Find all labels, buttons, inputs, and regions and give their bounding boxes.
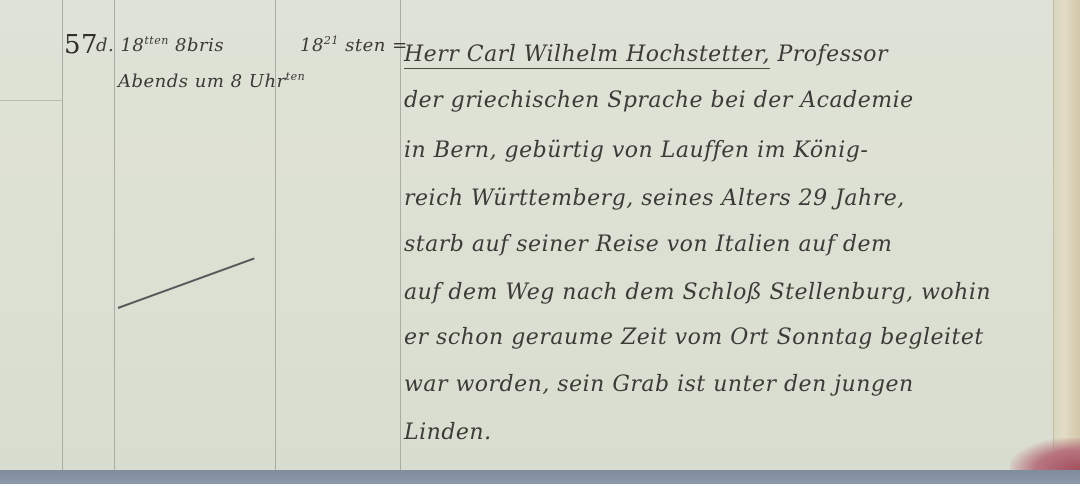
register-page: 57 d. 18tten 8bris 1821 sten = Abends um… xyxy=(0,0,1080,470)
page-binding-edge xyxy=(1053,0,1080,470)
year-prefix: 18 xyxy=(300,35,324,56)
date-day: d. 18 xyxy=(96,35,144,56)
text-line-2: der griechischen Sprache bei der Academi… xyxy=(404,88,914,113)
column-rule xyxy=(62,0,63,470)
text-line-7: er schon geraume Zeit vom Ort Sonntag be… xyxy=(404,325,984,350)
entry-number: 57 xyxy=(64,30,98,60)
column-rule xyxy=(400,0,401,470)
time-sup: ten xyxy=(286,70,306,83)
entry-time: Abends um 8 Uhrten xyxy=(118,70,305,92)
scan-background-strip xyxy=(0,470,1080,484)
text-line-3: in Bern, gebürtig von Lauffen im König- xyxy=(404,138,868,163)
year-suffix: sten = xyxy=(345,35,408,56)
date-month: 8bris xyxy=(175,35,224,56)
text-line-9: Linden. xyxy=(404,420,492,445)
text-line-8: war worden, sein Grab ist unter den jung… xyxy=(404,372,914,397)
deceased-title: Professor xyxy=(770,42,888,67)
year-sup: 21 xyxy=(324,34,339,47)
text-line-6: auf dem Weg nach dem Schloß Stellenburg,… xyxy=(404,280,991,305)
date-day-suffix: tten xyxy=(144,34,168,47)
entry-year: 1821 sten = xyxy=(300,34,408,56)
binding-stain xyxy=(1010,438,1080,470)
diagonal-cancel-stroke xyxy=(118,257,255,308)
text-line-5: starb auf seiner Reise von Italien auf d… xyxy=(404,232,892,257)
entry-date: d. 18tten 8bris xyxy=(96,34,224,56)
margin-rule xyxy=(0,100,62,101)
text-line-1: Herr Carl Wilhelm Hochstetter, Professor xyxy=(404,42,888,67)
time-text: Abends um 8 Uhr xyxy=(118,71,286,92)
column-rule xyxy=(114,0,115,470)
text-line-4: reich Württemberg, seines Alters 29 Jahr… xyxy=(404,186,905,211)
deceased-name: Herr Carl Wilhelm Hochstetter, xyxy=(404,42,770,69)
